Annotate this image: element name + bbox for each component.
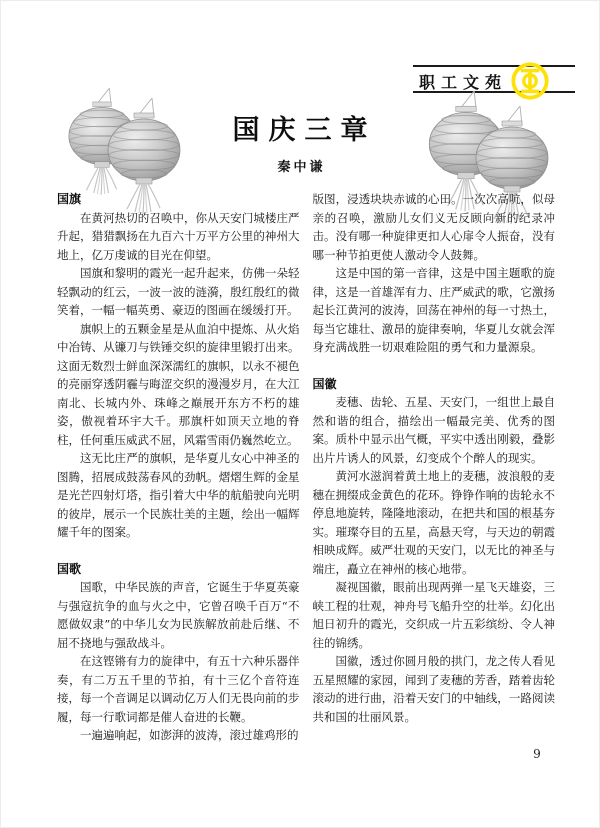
paragraph: 国歌，中华民族的声音，它诞生于华夏英豪与强寇抗争的血与火之中，它曾召唤千百万“不… [57, 578, 300, 652]
paragraph: 在这铿锵有力的旋律中，有五十六种乐器伴奏，有二万五千里的节拍，有十三亿个音符连接… [57, 652, 300, 726]
right-column: 版图，浸透块块赤诚的心田。一次次高吭，似母亲的召唤，激励儿女们义无反顾向新的纪录… [313, 190, 556, 745]
paragraph: 在黄河热切的召唤中，你从天安门城楼庄严升起，猎猎飘扬在九百六十万平方公里的神州大… [57, 209, 300, 265]
magazine-page: 职工文苑 [0, 0, 600, 828]
section-heading: 国徽 [313, 375, 556, 394]
paragraph: 旗帜上的五颗金星是从血泊中提炼、从火焰中冶铸、从镰刀与铁锤交织的旋律里锻打出来。… [57, 320, 300, 450]
article-author: 秦中谦 [0, 156, 600, 175]
paragraph: 这无比庄严的旗帜，是华夏儿女心中神圣的图腾，招展成鼓荡春风的劲帆。熠熠生辉的金星… [57, 449, 300, 542]
masthead: 职工文苑 [413, 65, 575, 93]
paragraph: 版图，浸透块块赤诚的心田。一次次高吭，似母亲的召唤，激励儿女们义无反顾向新的纪录… [313, 190, 556, 264]
paragraph: 国徽，透过你圆月般的拱门，龙之传人看见五星照耀的家园，闻到了麦穗的芳香，踏着齿轮… [313, 652, 556, 726]
section-heading: 国旗 [57, 190, 300, 209]
article-body: 国旗在黄河热切的召唤中，你从天安门城楼庄严升起，猎猎飘扬在九百六十万平方公里的神… [57, 190, 555, 745]
section-heading: 国歌 [57, 560, 300, 579]
left-column: 国旗在黄河热切的召唤中，你从天安门城楼庄严升起，猎猎飘扬在九百六十万平方公里的神… [57, 190, 300, 745]
paragraph: 凝视国徽，眼前出现两弹一星飞天雄姿，三峡工程的壮观，神舟号飞船升空的壮举。幻化出… [313, 578, 556, 652]
page-number: 9 [528, 747, 546, 761]
paragraph: 国旗和黎明的霞光一起升起来，仿佛一朵轻轻飘动的红云，一波一波的涟漪，殷红殷红的微… [57, 264, 300, 320]
paragraph: 麦穗、齿轮、五星、天安门，一组世上最自然和谐的组合，描绘出一幅最完美、优秀的图案… [313, 393, 556, 467]
paragraph: 一遍遍响起，如澎湃的波涛，滚过雄鸡形的 [57, 726, 300, 745]
paragraph: 黄河水滋润着黄土地上的麦穗，波浪般的麦穗在拥缀成金黄色的花环。铮铮作响的齿轮永不… [313, 467, 556, 578]
article-title: 国庆三章 [0, 108, 600, 147]
paragraph: 这是中国的第一音律，这是中国主题歌的旋律，这是一首雄浑有力、庄严威武的歌，它激扬… [313, 264, 556, 357]
